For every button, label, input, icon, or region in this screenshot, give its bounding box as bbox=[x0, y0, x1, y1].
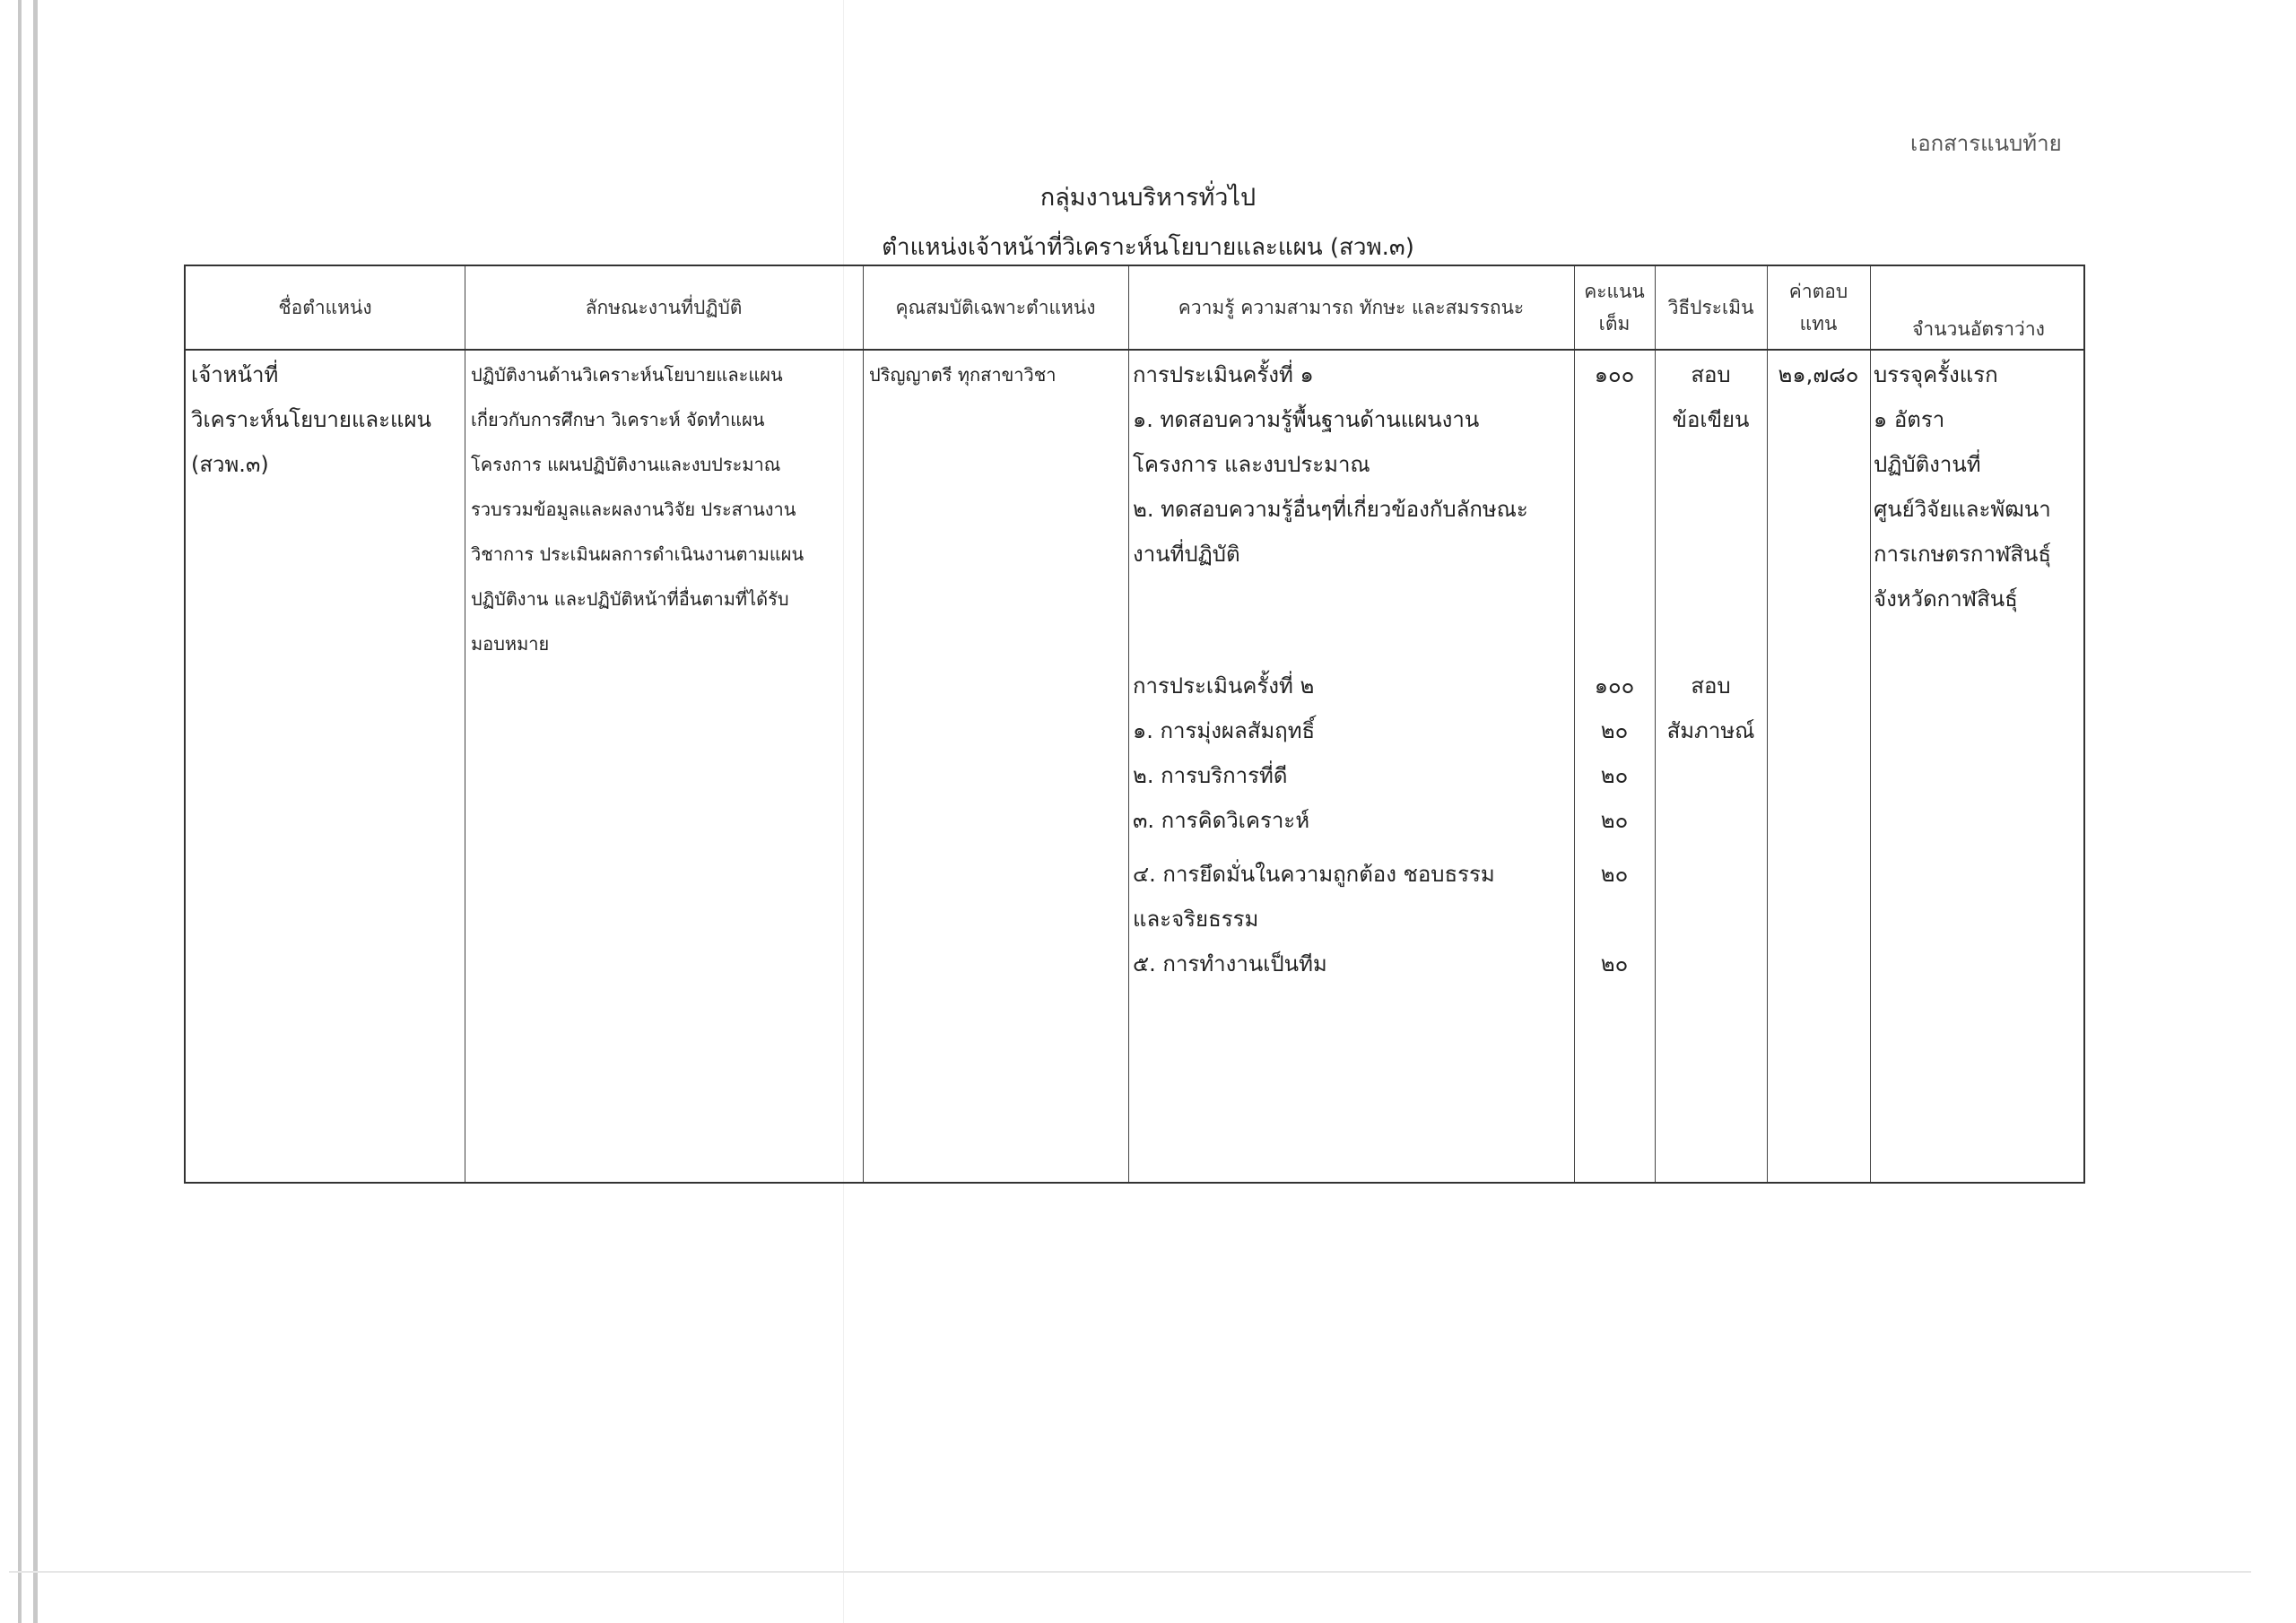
header-position-name: ชื่อตำแหน่ง bbox=[186, 266, 465, 349]
assessment-2-method-line: สัมภาษณ์ bbox=[1655, 708, 1767, 753]
header-divider bbox=[186, 349, 2083, 351]
assessment-1-item: โครงการ และงบประมาณ bbox=[1133, 442, 1528, 487]
header-compensation-line2: แทน bbox=[1800, 308, 1838, 340]
cell-vacancies: บรรจุครั้งแรก ๑ อัตรา ปฏิบัติงานที่ ศูนย… bbox=[1874, 352, 2051, 621]
position-table: ชื่อตำแหน่ง ลักษณะงานที่ปฏิบัติ คุณสมบัต… bbox=[184, 265, 2085, 1184]
job-description-line: มอบหมาย bbox=[471, 621, 804, 666]
assessment-2-item-score: ๒๐ bbox=[1574, 798, 1655, 843]
assessment-2-title: การประเมินครั้งที่ ๒ bbox=[1133, 664, 1495, 708]
job-description-line: ปฏิบัติงาน และปฏิบัติหน้าที่อื่นตามที่ได… bbox=[471, 577, 804, 621]
assessment-1-item: งานที่ปฏิบัติ bbox=[1133, 532, 1528, 577]
job-description-line: ปฏิบัติงานด้านวิเคราะห์นโยบายและแผน bbox=[471, 352, 804, 397]
job-description-line: โครงการ แผนปฏิบัติงานและงบประมาณ bbox=[471, 442, 804, 487]
attachment-label: เอกสารแนบท้าย bbox=[1910, 126, 2062, 161]
position-title: ตำแหน่งเจ้าหน้าที่วิเคราะห์นโยบายและแผน … bbox=[0, 229, 2296, 265]
assessment-2-method: สอบ สัมภาษณ์ bbox=[1655, 664, 1767, 753]
assessment-1-method-line: สอบ bbox=[1655, 352, 1767, 397]
assessment-2-item: ๕. การทำงานเป็นทีม bbox=[1133, 942, 1495, 986]
column-divider bbox=[863, 266, 864, 1182]
assessment-1-method: สอบ ข้อเขียน bbox=[1655, 352, 1767, 442]
column-divider bbox=[1128, 266, 1129, 1182]
assessment-2-item: ๒. การบริการที่ดี bbox=[1133, 753, 1495, 798]
vacancy-line: ปฏิบัติงานที่ bbox=[1874, 442, 2051, 487]
vacancy-line: ๑ อัตรา bbox=[1874, 397, 2051, 442]
cell-qualification: ปริญญาตรี ทุกสาขาวิชา bbox=[869, 352, 1057, 397]
vacancy-line: ศูนย์วิจัยและพัฒนา bbox=[1874, 487, 2051, 532]
assessment-2-item-score: ๒๐ bbox=[1574, 753, 1655, 798]
header-full-score: คะแนน เต็ม bbox=[1574, 266, 1655, 349]
header-job-description: ลักษณะงานที่ปฏิบัติ bbox=[465, 266, 863, 349]
assessment-2-item: ๔. การยึดมั่นในความถูกต้อง ชอบธรรม bbox=[1133, 852, 1495, 897]
assessment-2-item: ๓. การคิดวิเคราะห์ bbox=[1133, 798, 1495, 843]
header-full-score-line1: คะแนน bbox=[1584, 275, 1645, 308]
position-name-line: เจ้าหน้าที่ bbox=[191, 352, 431, 397]
vacancy-line: จังหวัดกาฬสินธุ์ bbox=[1874, 577, 2051, 621]
column-divider bbox=[1870, 266, 1871, 1182]
vacancy-line: การเกษตรกาฬสินธุ์ bbox=[1874, 532, 2051, 577]
cell-job-description: ปฏิบัติงานด้านวิเคราะห์นโยบายและแผน เกี่… bbox=[471, 352, 804, 666]
cell-position-name: เจ้าหน้าที่ วิเคราะห์นโยบายและแผน (สวพ.๓… bbox=[191, 352, 431, 487]
header-method: วิธีประเมิน bbox=[1655, 266, 1767, 349]
group-title: กลุ่มงานบริหารทั่วไป bbox=[0, 178, 2296, 216]
header-qualification: คุณสมบัติเฉพาะตำแหน่ง bbox=[863, 266, 1128, 349]
assessment-2-item-score: ๒๐ bbox=[1574, 708, 1655, 753]
column-divider bbox=[1767, 266, 1768, 1182]
position-name-line: วิเคราะห์นโยบายและแผน bbox=[191, 397, 431, 442]
assessment-2-scores: ๑๐๐ ๒๐ ๒๐ ๒๐ ๒๐ ๒๐ bbox=[1574, 664, 1655, 986]
header-competency: ความรู้ ความสามารถ ทักษะ และสมรรถนะ bbox=[1128, 266, 1574, 349]
job-description-line: รวบรวมข้อมูลและผลงานวิจัย ประสานงาน bbox=[471, 487, 804, 532]
assessment-2-item-score bbox=[1574, 897, 1655, 942]
assessment-2-block: การประเมินครั้งที่ ๒ ๑. การมุ่งผลสัมฤทธิ… bbox=[1133, 664, 1495, 986]
assessment-2-item-score: ๒๐ bbox=[1574, 942, 1655, 986]
assessment-2-method-line: สอบ bbox=[1655, 664, 1767, 708]
position-name-line: (สวพ.๓) bbox=[191, 442, 431, 487]
header-full-score-line2: เต็ม bbox=[1599, 308, 1631, 340]
header-vacancies: จำนวนอัตราว่าง bbox=[1870, 266, 2087, 349]
assessment-1-full-score: ๑๐๐ bbox=[1574, 352, 1655, 397]
vacancy-line: บรรจุครั้งแรก bbox=[1874, 352, 2051, 397]
assessment-2-item-score: ๒๐ bbox=[1574, 852, 1655, 897]
assessment-2-full-score: ๑๐๐ bbox=[1574, 664, 1655, 708]
job-description-line: วิชาการ ประเมินผลการดำเนินงานตามแผน bbox=[471, 532, 804, 577]
assessment-1-block: การประเมินครั้งที่ ๑ ๑. ทดสอบความรู้พื้น… bbox=[1133, 352, 1528, 577]
assessment-1-item: ๒. ทดสอบความรู้อื่นๆที่เกี่ยวข้องกับลักษ… bbox=[1133, 487, 1528, 532]
assessment-2-item: ๑. การมุ่งผลสัมฤทธิ์ bbox=[1133, 708, 1495, 753]
assessment-2-item: และจริยธรรม bbox=[1133, 897, 1495, 942]
header-compensation: ค่าตอบ แทน bbox=[1767, 266, 1870, 349]
column-divider bbox=[465, 266, 465, 1182]
cell-compensation: ๒๑,๗๘๐ bbox=[1767, 352, 1870, 397]
assessment-1-item: ๑. ทดสอบความรู้พื้นฐานด้านแผนงาน bbox=[1133, 397, 1528, 442]
job-description-line: เกี่ยวกับการศึกษา วิเคราะห์ จัดทำแผน bbox=[471, 397, 804, 442]
assessment-1-method-line: ข้อเขียน bbox=[1655, 397, 1767, 442]
assessment-1-title: การประเมินครั้งที่ ๑ bbox=[1133, 352, 1528, 397]
footer-rule bbox=[9, 1571, 2251, 1573]
header-compensation-line1: ค่าตอบ bbox=[1789, 275, 1848, 308]
